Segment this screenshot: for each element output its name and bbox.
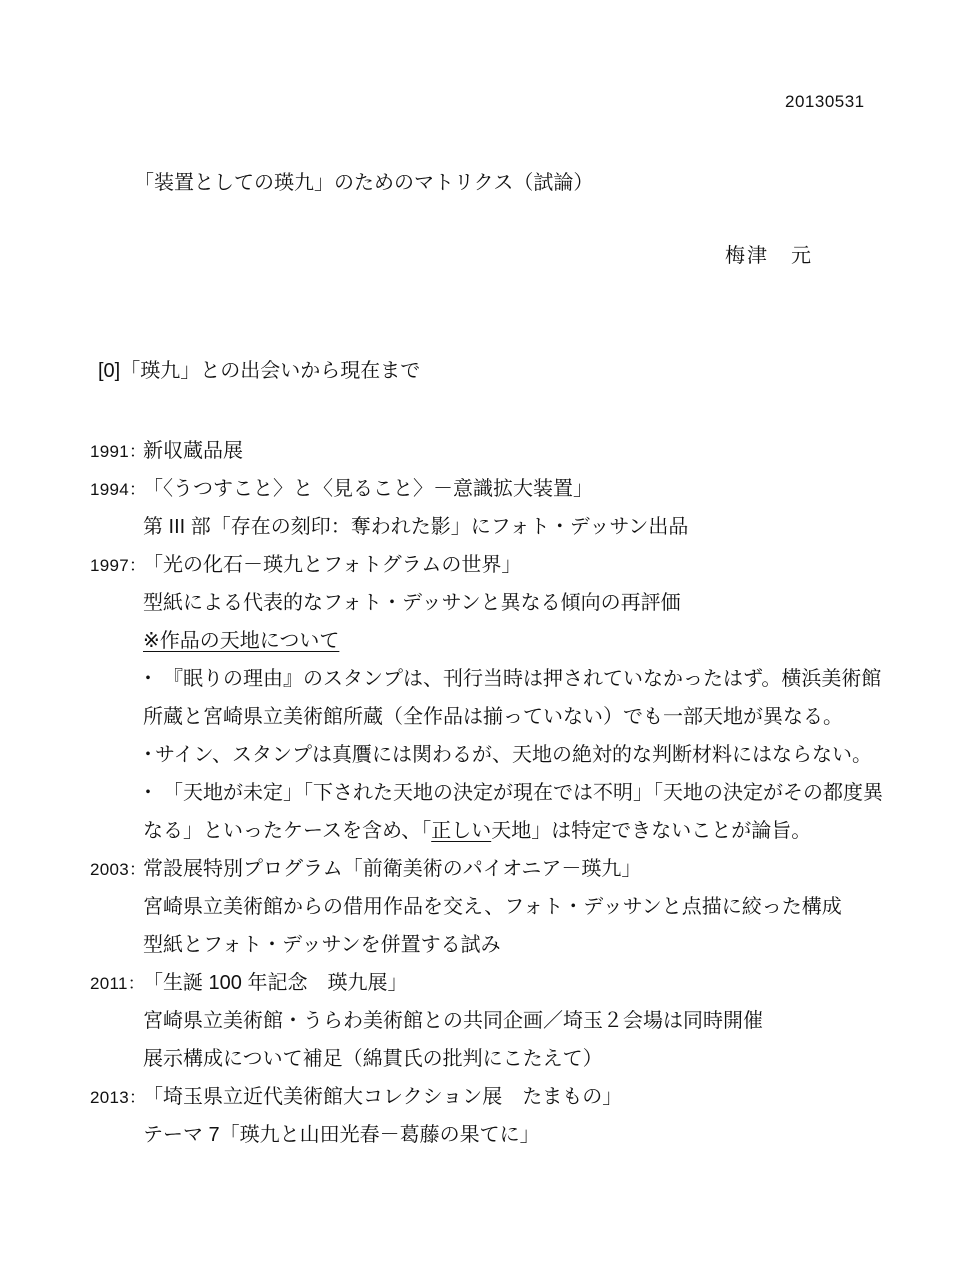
year-value: 1991 xyxy=(90,442,129,461)
document-date: 20130531 xyxy=(785,92,865,112)
bullet-item-continuation: なる」といったケースを含め、「正しい天地」は特定できないことが論旨。 xyxy=(0,812,977,850)
entry-year: 1991： xyxy=(90,433,143,471)
entry-detail: 型紙による代表的なフォト・デッサンと異なる傾向の再評価 xyxy=(0,584,977,622)
timeline-entry-1991: 1991：新収蔵品展 xyxy=(0,432,977,470)
bullet-marker: ・ xyxy=(138,774,163,812)
entry-year: 1997： xyxy=(90,547,143,585)
entry-year: 1994： xyxy=(90,471,143,509)
year-value: 2013 xyxy=(90,1088,129,1107)
entry-year: 2011： xyxy=(90,965,143,1003)
entry-title: 常設展特別プログラム「前衛美術のパイオニア－瑛九」 xyxy=(143,858,641,880)
entry-year: 2013： xyxy=(90,1079,143,1117)
bullet-item: ・『眠りの理由』のスタンプは、刊行当時は押されていなかったはず。横浜美術館 xyxy=(0,660,977,698)
entry-note: ※作品の天地について xyxy=(0,622,977,660)
entry-title: 「生誕 100 年記念 瑛九展」 xyxy=(143,972,407,994)
entry-detail: 宮崎県立美術館からの借用作品を交え、フォト・デッサンと点描に絞った構成 xyxy=(0,888,977,926)
underlined-phrase: 正しい xyxy=(431,820,491,842)
entry-year: 2003： xyxy=(90,851,143,889)
bullet-item-continuation: 所蔵と宮崎県立美術館所蔵（全作品は揃っていない）でも一部天地が異なる。 xyxy=(0,698,977,736)
document-page: 20130531 「装置としての瑛九」のためのマトリクス（試論） 梅津 元 [0… xyxy=(0,0,977,1280)
bullet-marker: ・ xyxy=(138,736,155,774)
timeline: 1991：新収蔵品展 1994：「〈うつすこと〉と〈見ること〉－意識拡大装置」 … xyxy=(0,432,977,1154)
year-value: 1994 xyxy=(90,480,129,499)
bullet-text: サイン、スタンプは真贋には関わるが、天地の絶対的な判断材料にはならない。 xyxy=(155,744,872,766)
entry-detail: 第 III 部「存在の刻印：奪われた影」にフォト・デッサン出品 xyxy=(0,508,977,546)
year-value: 2003 xyxy=(90,860,129,879)
continuation-suffix: 天地」は特定できないことが論旨。 xyxy=(491,820,811,842)
year-value: 2011 xyxy=(90,974,128,993)
entry-detail: テーマ 7「瑛九と山田光春－葛藤の果てに」 xyxy=(0,1116,977,1154)
timeline-entry-1997: 1997：「光の化石－瑛九とフォトグラムの世界」 xyxy=(0,546,977,584)
entry-title: 「光の化石－瑛九とフォトグラムの世界」 xyxy=(143,554,521,576)
entry-detail: 型紙とフォト・デッサンを併置する試み xyxy=(0,926,977,964)
timeline-entry-1994: 1994：「〈うつすこと〉と〈見ること〉－意識拡大装置」 xyxy=(0,470,977,508)
entry-title: 「埼玉県立近代美術館大コレクション展 たまもの」 xyxy=(143,1086,622,1108)
section-heading: [0]「瑛九」との出会いから現在まで xyxy=(98,359,420,383)
timeline-entry-2011: 2011：「生誕 100 年記念 瑛九展」 xyxy=(0,964,977,1002)
bullet-text: 『眠りの理由』のスタンプは、刊行当時は押されていなかったはず。横浜美術館 xyxy=(163,668,881,690)
entry-detail: 展示構成について補足（綿貫氏の批判にこたえて） xyxy=(0,1040,977,1078)
timeline-entry-2003: 2003：常設展特別プログラム「前衛美術のパイオニア－瑛九」 xyxy=(0,850,977,888)
continuation-prefix: なる」といったケースを含め、「 xyxy=(143,820,431,842)
bullet-item: ・「天地が未定」「下された天地の決定が現在では不明」「天地の決定がその都度異 xyxy=(0,774,977,812)
entry-title: 「〈うつすこと〉と〈見ること〉－意識拡大装置」 xyxy=(143,478,593,500)
entry-detail: 宮崎県立美術館・うらわ美術館との共同企画／埼玉２会場は同時開催 xyxy=(0,1002,977,1040)
bullet-marker: ・ xyxy=(138,660,163,698)
timeline-entry-2013: 2013：「埼玉県立近代美術館大コレクション展 たまもの」 xyxy=(0,1078,977,1116)
bullet-text: 「天地が未定」「下された天地の決定が現在では不明」「天地の決定がその都度異 xyxy=(163,782,883,804)
entry-title: 新収蔵品展 xyxy=(143,440,243,462)
document-title: 「装置としての瑛九」のためのマトリクス（試論） xyxy=(134,171,593,195)
bullet-item: ・サイン、スタンプは真贋には関わるが、天地の絶対的な判断材料にはならない。 xyxy=(0,736,977,774)
underlined-note: ※作品の天地について xyxy=(143,630,339,652)
year-value: 1997 xyxy=(90,556,129,575)
author-name: 梅津 元 xyxy=(725,244,813,268)
